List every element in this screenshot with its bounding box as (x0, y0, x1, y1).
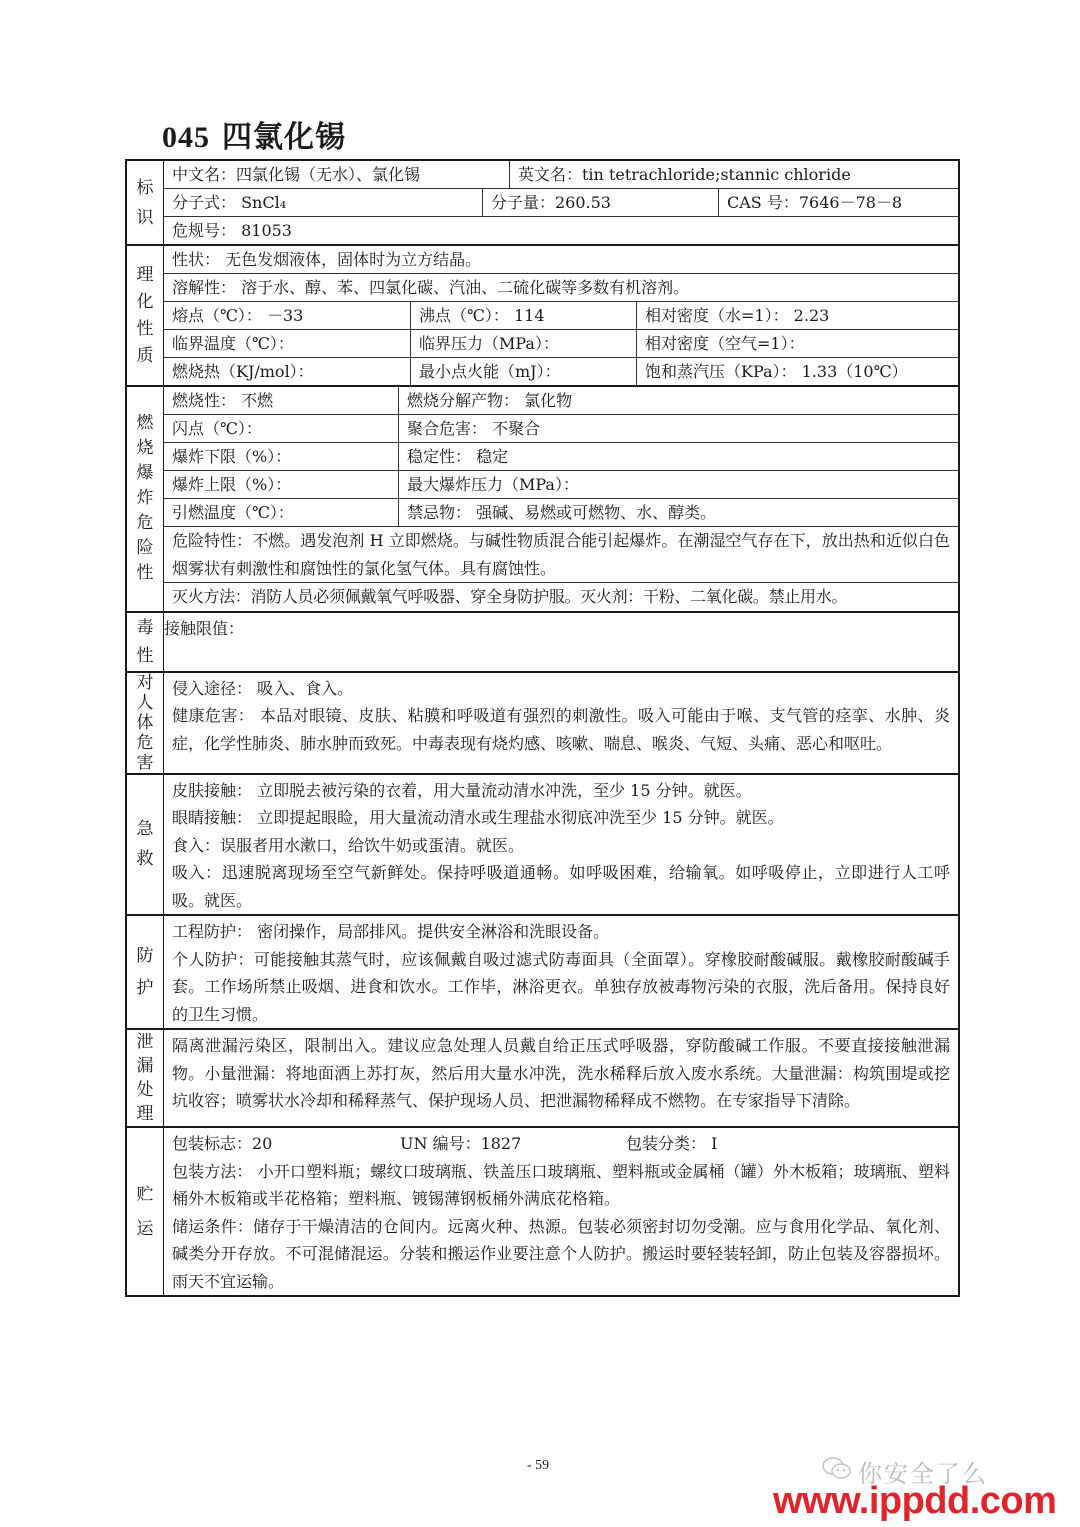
incompatible-materials: 禁忌物： 强碱、易燃或可燃物、水、醇类。 (398, 499, 958, 526)
label-char: 人 (137, 693, 154, 713)
critical-temperature: 临界温度（℃）： (164, 330, 410, 357)
packaging-mark: 包装标志：20 (172, 1130, 400, 1158)
table-row: 闪点（℃）： 聚合危害： 不聚合 (164, 414, 958, 442)
section-label: 标 识 (127, 161, 164, 244)
fire-fighting-method: 灭火方法：消防人员必须佩戴氧气呼吸器、穿全身防护服。灭火剂：干粉、二氧化碳。禁止… (164, 583, 855, 611)
section-label: 理 化 性 质 (127, 246, 164, 385)
table-row: 灭火方法：消防人员必须佩戴氧气呼吸器、穿全身防护服。灭火剂：干粉、二氧化碳。禁止… (164, 582, 958, 611)
label-char: 理 (137, 1102, 154, 1126)
section-first-aid: 急 救 皮肤接触： 立即脱去被污染的衣着，用大量流动清水冲洗，至少 15 分钟。… (127, 773, 958, 915)
table-row: 分子式： SnCl₄ 分子量：260.53 CAS 号：7646－78－8 (164, 188, 958, 216)
table-row: 中文名：四氯化锡（无水）、氯化锡 英文名：tin tetrachloride;s… (164, 161, 958, 188)
skin-contact: 皮肤接触： 立即脱去被污染的衣着，用大量流动清水冲洗，至少 15 分钟。就医。 (164, 777, 958, 805)
max-explosion-pressure: 最大爆炸压力（MPa）： (398, 471, 958, 498)
appearance: 性状： 无色发烟液体，固体时为立方结晶。 (164, 246, 958, 273)
min-ignition-energy: 最小点火能（mJ）： (410, 358, 636, 385)
label-char: 燃 (137, 411, 154, 436)
label-char: 炸 (137, 486, 154, 511)
storage-conditions: 储运条件：储存于干燥清洁的仓间内。远离火种、热源。包装必须密封切勿受潮。应与食用… (164, 1213, 958, 1296)
label-char: 化 (137, 289, 154, 316)
section-label: 防 护 (127, 916, 164, 1028)
table-row: 危规号： 81053 (164, 216, 958, 244)
label-char: 漏 (137, 1054, 154, 1078)
ignition-temperature: 引燃温度（℃）： (164, 499, 398, 526)
hazard-characteristics: 危险特性：不燃。遇发泡剂 H 立即燃烧。与碱性物质混合能引起爆炸。在潮湿空气存在… (164, 527, 958, 582)
section-label: 急 救 (127, 775, 164, 915)
melting-point: 熔点（℃）： －33 (164, 302, 410, 329)
label-char: 烧 (137, 436, 154, 461)
table-row: 爆炸下限（%）： 稳定性： 稳定 (164, 442, 958, 470)
label-char: 标 (137, 173, 154, 203)
stability: 稳定性： 稳定 (398, 443, 958, 470)
label-char: 处 (137, 1078, 154, 1102)
relative-density-water: 相对密度（水=1）： 2.23 (636, 302, 958, 329)
table-row: 溶解性： 溶于水、醇、苯、四氯化碳、汽油、二硫化碳等多数有机溶剂。 (164, 273, 958, 301)
label-char: 识 (137, 203, 154, 233)
label-char: 质 (137, 343, 154, 370)
combustion-products: 燃烧分解产物： 氯化物 (398, 387, 958, 414)
section-protection: 防 护 工程防护： 密闭操作，局部排风。提供安全淋浴和洗眼设备。 个人防护：可能… (127, 914, 958, 1028)
packaging-info-row: 包装标志：20 UN 编号：1827 包装分类： Ⅰ (164, 1130, 958, 1158)
molecular-formula: 分子式： SnCl₄ (164, 189, 482, 216)
heat-of-combustion: 燃烧热（KJ/mol）： (164, 358, 410, 385)
inhalation: 吸入：迅速脱离现场至空气新鲜处。保持呼吸道通畅。如呼吸困难，给输氧。如呼吸停止，… (164, 859, 958, 914)
boiling-point: 沸点（℃）： 114 (410, 302, 636, 329)
table-row: 引燃温度（℃）： 禁忌物： 强碱、易燃或可燃物、水、醇类。 (164, 498, 958, 526)
polymerization-hazard: 聚合危害： 不聚合 (398, 415, 958, 442)
label-char: 害 (137, 753, 154, 773)
section-label: 贮 运 (127, 1128, 164, 1295)
label-char: 泄 (137, 1030, 154, 1054)
relative-density-air: 相对密度（空气=1）： (636, 330, 958, 357)
ingestion: 食入：误服者用水漱口，给饮牛奶或蛋清。就医。 (164, 832, 958, 860)
page-number: - 59 (527, 1458, 549, 1474)
un-number: UN 编号：1827 (400, 1130, 626, 1158)
flammability: 燃烧性： 不燃 (164, 387, 398, 414)
packaging-class: 包装分类： Ⅰ (626, 1130, 717, 1158)
section-label: 对 人 体 危 害 (127, 673, 164, 773)
engineering-controls: 工程防护： 密闭操作，局部排风。提供安全淋浴和洗眼设备。 (164, 918, 958, 946)
section-identification: 标 识 中文名：四氯化锡（无水）、氯化锡 英文名：tin tetrachlori… (127, 161, 958, 244)
section-label: 泄 漏 处 理 (127, 1030, 164, 1126)
upper-explosion-limit: 爆炸上限（%）： (164, 471, 398, 498)
msds-table: 标 识 中文名：四氯化锡（无水）、氯化锡 英文名：tin tetrachlori… (125, 159, 960, 1297)
section-health-hazard: 对 人 体 危 害 侵入途径： 吸入、食入。 健康危害： 本品对眼镜、皮肤、粘膜… (127, 671, 958, 773)
section-storage-transport: 贮 运 包装标志：20 UN 编号：1827 包装分类： Ⅰ 包装方法： 小开口… (127, 1126, 958, 1295)
label-char: 急 (137, 814, 154, 844)
section-physical-chemical: 理 化 性 质 性状： 无色发烟液体，固体时为立方结晶。 溶解性： 溶于水、醇、… (127, 244, 958, 385)
label-char: 护 (137, 972, 154, 1004)
page-title: 045四氯化锡 (162, 112, 346, 156)
table-row: 性状： 无色发烟液体，固体时为立方结晶。 (164, 246, 958, 273)
label-char: 性 (137, 642, 154, 670)
section-label: 燃 烧 爆 炸 危 险 性 (127, 387, 164, 611)
leak-disposal-text: 隔离泄漏污染区，限制出入。建议应急处理人员戴自给正压式呼吸器，穿防酸碱工作服。不… (164, 1032, 958, 1115)
wechat-icon (822, 1456, 852, 1480)
label-char: 毒 (137, 614, 154, 642)
lower-explosion-limit: 爆炸下限（%）： (164, 443, 398, 470)
personal-protection: 个人防护：可能接触其蒸气时，应该佩戴自吸过滤式防毒面具（全面罩）。穿橡胶耐酸碱服… (164, 946, 958, 1029)
label-char: 对 (137, 673, 154, 693)
label-char: 险 (137, 536, 154, 561)
label-char: 爆 (137, 461, 154, 486)
solubility: 溶解性： 溶于水、醇、苯、四氯化碳、汽油、二硫化碳等多数有机溶剂。 (164, 274, 958, 301)
section-leak-disposal: 泄 漏 处 理 隔离泄漏污染区，限制出入。建议应急处理人员戴自给正压式呼吸器，穿… (127, 1028, 958, 1126)
label-char: 性 (137, 561, 154, 586)
vapor-pressure: 饱和蒸汽压（KPa）： 1.33（10℃） (636, 358, 958, 385)
molecular-weight: 分子量：260.53 (482, 189, 718, 216)
label-char: 危 (137, 733, 154, 753)
table-row: 危险特性：不燃。遇发泡剂 H 立即燃烧。与碱性物质混合能引起爆炸。在潮湿空气存在… (164, 526, 958, 582)
table-row: 爆炸上限（%）： 最大爆炸压力（MPa）： (164, 470, 958, 498)
watermark-url: www.ippdd.com (773, 1480, 1056, 1523)
chinese-name: 中文名：四氯化锡（无水）、氯化锡 (164, 161, 509, 188)
hazard-code: 危规号： 81053 (164, 217, 958, 244)
critical-pressure: 临界压力（MPa）： (410, 330, 636, 357)
cas-number: CAS 号：7646－78－8 (718, 189, 958, 216)
flash-point: 闪点（℃）： (164, 415, 398, 442)
label-char: 性 (137, 316, 154, 343)
section-toxicity: 毒 性 接触限值： (127, 611, 958, 671)
label-char: 体 (137, 713, 154, 733)
label-char: 贮 (137, 1178, 154, 1212)
chemical-name: 四氯化锡 (222, 121, 346, 154)
routes-of-entry: 侵入途径： 吸入、食入。 (164, 675, 958, 703)
section-fire-explosion: 燃 烧 爆 炸 危 险 性 燃烧性： 不燃 燃烧分解产物： 氯化物 闪点（℃）：… (127, 385, 958, 611)
label-char: 运 (137, 1212, 154, 1246)
label-char: 防 (137, 940, 154, 972)
section-label: 毒 性 (127, 613, 164, 671)
label-char: 危 (137, 511, 154, 536)
table-row: 熔点（℃）： －33 沸点（℃）： 114 相对密度（水=1）： 2.23 (164, 301, 958, 329)
english-name: 英文名：tin tetrachloride;stannic chloride (509, 161, 958, 188)
health-hazards: 健康危害： 本品对眼镜、皮肤、粘膜和呼吸道有强烈的刺激性。吸入可能由于喉、支气管… (164, 702, 958, 757)
chemical-number: 045 (162, 121, 210, 154)
exposure-limit: 接触限值： (164, 613, 958, 643)
table-row: 临界温度（℃）： 临界压力（MPa）： 相对密度（空气=1）： (164, 329, 958, 357)
eye-contact: 眼睛接触： 立即提起眼睑，用大量流动清水或生理盐水彻底冲洗至少 15 分钟。就医… (164, 804, 958, 832)
packaging-method: 包装方法： 小开口塑料瓶；螺纹口玻璃瓶、铁盖压口玻璃瓶、塑料瓶或金属桶（罐）外木… (164, 1158, 958, 1213)
label-char: 救 (137, 844, 154, 874)
table-row: 燃烧性： 不燃 燃烧分解产物： 氯化物 (164, 387, 958, 414)
table-row: 燃烧热（KJ/mol）： 最小点火能（mJ）： 饱和蒸汽压（KPa）： 1.33… (164, 357, 958, 385)
label-char: 理 (137, 262, 154, 289)
